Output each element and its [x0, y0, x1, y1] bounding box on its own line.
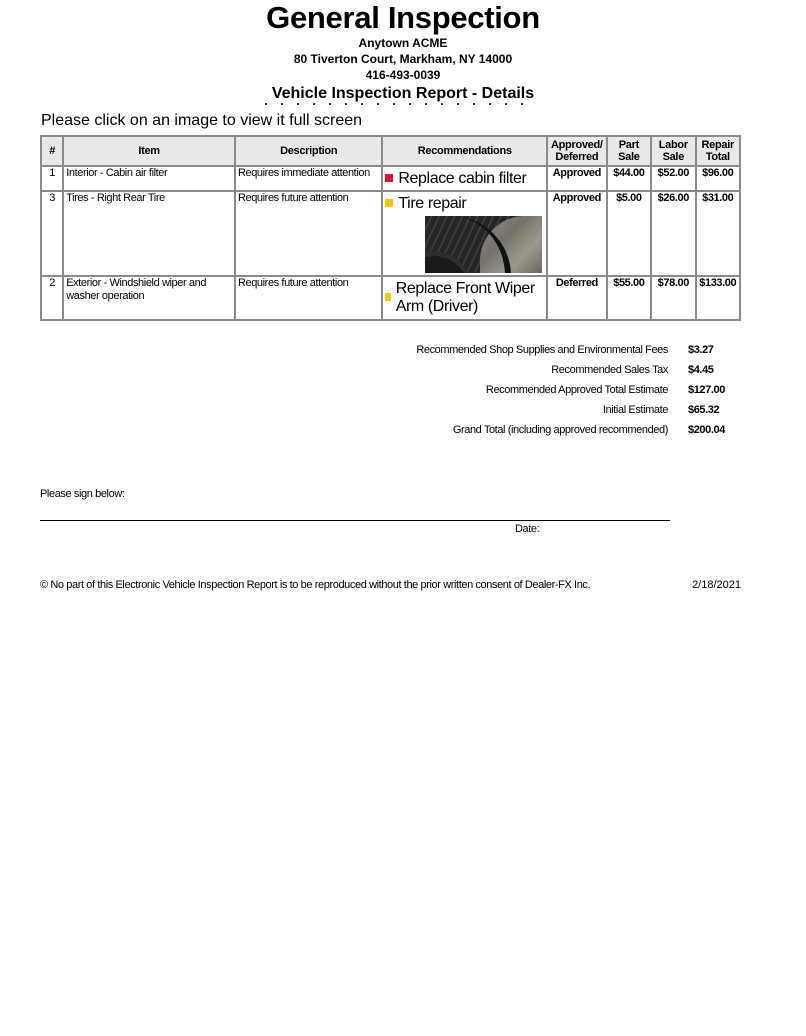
- company-name: Anytown ACME: [0, 36, 806, 51]
- row-description: Requires immediate attention: [235, 166, 382, 191]
- row-status: Deferred: [547, 276, 607, 320]
- report-subtitle: Vehicle Inspection Report - Details: [0, 84, 806, 103]
- col-description: Description: [235, 136, 382, 166]
- report-title: General Inspection: [0, 0, 806, 36]
- row-item: Interior - Cabin air filter: [63, 166, 235, 191]
- row-labor-sale: $26.00: [651, 191, 695, 276]
- company-phone: 416-493-0039: [0, 68, 806, 83]
- summary-row: Grand Total (including approved recommen…: [344, 420, 744, 440]
- signature-line[interactable]: [40, 520, 670, 521]
- row-recommendation: Replace Front Wiper Arm (Driver): [382, 276, 547, 320]
- recommendation-text: Replace Front Wiper Arm (Driver): [396, 280, 544, 316]
- row-status: Approved: [547, 166, 607, 191]
- severity-yellow-icon: [385, 293, 390, 301]
- summary-row: Initial Estimate $65.32: [344, 400, 744, 420]
- summary-value: $4.45: [688, 360, 744, 380]
- row-number: 1: [41, 166, 63, 191]
- summary-label: Recommended Approved Total Estimate: [486, 380, 668, 400]
- table-header-row: # Item Description Recommendations Appro…: [41, 136, 740, 166]
- summary-label: Recommended Sales Tax: [551, 360, 668, 380]
- col-recommendations: Recommendations: [382, 136, 547, 166]
- row-item: Tires - Right Rear Tire: [63, 191, 235, 276]
- summary-label: Initial Estimate: [603, 400, 668, 420]
- clipped-text-line: [265, 103, 545, 107]
- row-repair-total: $31.00: [696, 191, 740, 276]
- row-repair-total: $133.00: [696, 276, 740, 320]
- inspection-table: # Item Description Recommendations Appro…: [40, 135, 741, 321]
- summary-label: Recommended Shop Supplies and Environmen…: [416, 340, 668, 360]
- col-number: #: [41, 136, 63, 166]
- summary-value: $127.00: [688, 380, 744, 400]
- row-recommendation: Replace cabin filter: [382, 166, 547, 191]
- severity-yellow-icon: [385, 199, 393, 207]
- date-label: Date:: [515, 523, 539, 535]
- row-status: Approved: [547, 191, 607, 276]
- row-recommendation: Tire repair: [382, 191, 547, 276]
- col-approved-deferred: Approved/ Deferred: [547, 136, 607, 166]
- row-part-sale: $5.00: [607, 191, 651, 276]
- col-part-sale: Part Sale: [607, 136, 651, 166]
- recommendation-text: Tire repair: [398, 195, 466, 213]
- row-number: 3: [41, 191, 63, 276]
- summary-label: Grand Total (including approved recommen…: [453, 420, 668, 440]
- image-instruction: Please click on an image to view it full…: [41, 111, 362, 130]
- table-row: 2 Exterior - Windshield wiper and washer…: [41, 276, 740, 320]
- table-row: 3 Tires - Right Rear Tire Requires futur…: [41, 191, 740, 276]
- summary-row: Recommended Approved Total Estimate $127…: [344, 380, 744, 400]
- summary-value: $65.32: [688, 400, 744, 420]
- company-address: 80 Tiverton Court, Markham, NY 14000: [0, 52, 806, 67]
- copyright-notice: © No part of this Electronic Vehicle Ins…: [40, 579, 590, 591]
- report-date: 2/18/2021: [692, 579, 741, 591]
- estimate-summary: Recommended Shop Supplies and Environmen…: [344, 340, 744, 440]
- row-number: 2: [41, 276, 63, 320]
- row-repair-total: $96.00: [696, 166, 740, 191]
- row-labor-sale: $52.00: [651, 166, 695, 191]
- col-item: Item: [63, 136, 235, 166]
- col-repair-total: Repair Total: [696, 136, 740, 166]
- summary-row: Recommended Shop Supplies and Environmen…: [344, 340, 744, 360]
- summary-value: $3.27: [688, 340, 744, 360]
- table-row: 1 Interior - Cabin air filter Requires i…: [41, 166, 740, 191]
- col-labor-sale: Labor Sale: [651, 136, 695, 166]
- row-labor-sale: $78.00: [651, 276, 695, 320]
- row-description: Requires future attention: [235, 191, 382, 276]
- summary-value: $200.04: [688, 420, 744, 440]
- tire-photo-thumbnail[interactable]: [425, 216, 542, 273]
- summary-row: Recommended Sales Tax $4.45: [344, 360, 744, 380]
- row-part-sale: $55.00: [607, 276, 651, 320]
- row-description: Requires future attention: [235, 276, 382, 320]
- row-item: Exterior - Windshield wiper and washer o…: [63, 276, 235, 320]
- recommendation-text: Replace cabin filter: [398, 170, 526, 188]
- row-part-sale: $44.00: [607, 166, 651, 191]
- severity-red-icon: [385, 174, 393, 182]
- signature-label: Please sign below:: [40, 488, 125, 500]
